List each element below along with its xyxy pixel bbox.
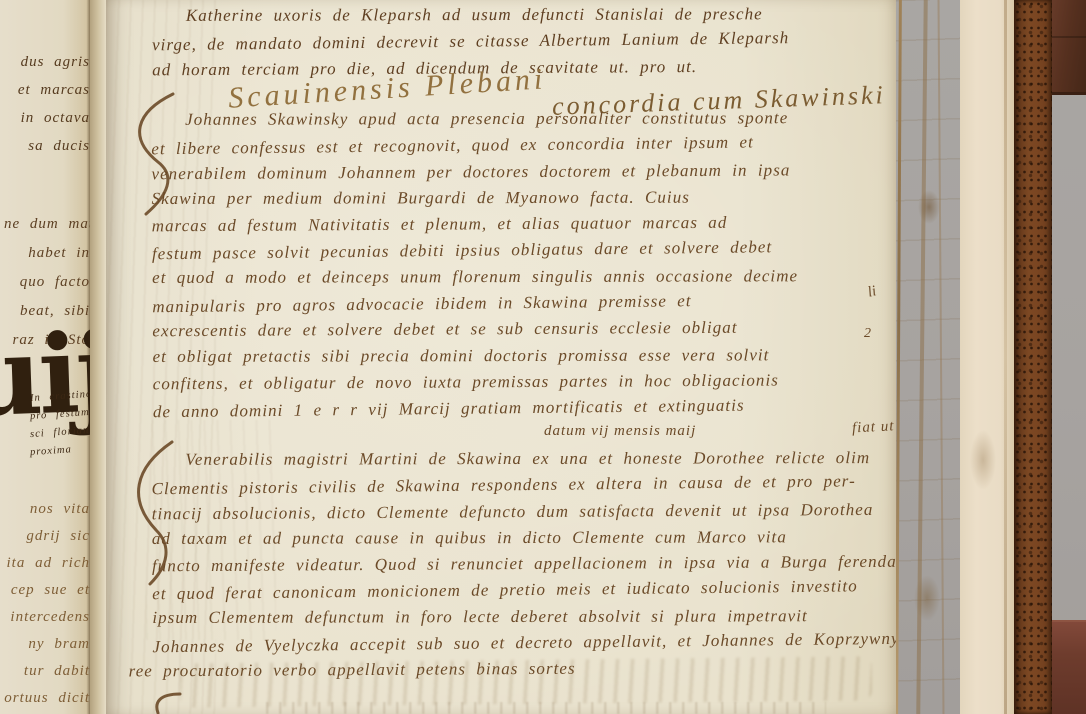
paper-stain: [970, 430, 996, 490]
dateline-note: fiat ut 6: [851, 415, 896, 440]
dateline: datum vij mensis maij: [544, 420, 696, 442]
manuscript-line: in octava: [21, 104, 90, 132]
paper-stain: [918, 190, 940, 224]
manuscript-line: et obligat pretactis sibi precia domini …: [153, 342, 896, 370]
fore-edge-pages-cream: [960, 0, 1014, 714]
right-margin-mark: 2: [864, 326, 871, 342]
manuscript-line: habet in: [28, 239, 90, 268]
left-page-bottom-fragments: nos vitagdrij sicita ad richcep sue etin…: [4, 496, 90, 712]
manuscript-line: cep sue et: [11, 577, 90, 604]
manuscript-line: dus agris: [21, 48, 90, 76]
cutoff-next-entry-top: [266, 702, 826, 714]
tooled-leather-spine-edge: [1014, 0, 1052, 714]
manuscript-line: intercedens: [10, 604, 90, 631]
book-cover-bottom-corner: [1050, 620, 1086, 714]
main-page: Katherine uxoris de Kleparsh ad usum def…: [106, 0, 896, 714]
gutter-shadow: [90, 0, 106, 714]
margin-note-line: proxima: [29, 440, 90, 462]
manuscript-line: ita ad rich: [7, 550, 91, 577]
paper-stain: [914, 575, 940, 621]
manuscript-line: ad taxam et ad puncta cause in quibus in…: [152, 524, 896, 552]
book-cover-top-corner: [1048, 0, 1086, 95]
manuscript-line: ne dum mat: [4, 210, 90, 239]
entry-1-text: Johannes Skawinsky apud acta presencia p…: [151, 104, 896, 424]
manuscript-photo: dus agriset marcasin octavasa ducis ne d…: [0, 0, 1086, 714]
manuscript-line: tur dabit: [24, 658, 90, 685]
manuscript-line: Skawina per medium domini Burgardi de My…: [152, 184, 896, 212]
ink-bleedthrough-band: [180, 656, 872, 707]
left-page-top-fragments: dus agriset marcasin octavasa ducis: [4, 48, 90, 160]
manuscript-line: nos vita: [30, 496, 90, 523]
manuscript-line: ortuus dicit: [4, 685, 90, 712]
fore-edge-pages-tan: [894, 0, 960, 714]
next-entry-initial-fragment: [150, 692, 190, 714]
manuscript-line: et marcas: [18, 76, 90, 104]
left-page-edge: dus agriset marcasin octavasa ducis ne d…: [0, 0, 90, 714]
manuscript-line: sa ducis: [28, 132, 90, 160]
manuscript-line: ny bram: [28, 631, 90, 658]
manuscript-line: quo facto: [20, 268, 90, 297]
margin-note: In crastinopro festumsci florianiproxima: [30, 388, 90, 460]
page-edge-streak: [1004, 0, 1007, 714]
manuscript-line: gdrij sic: [26, 523, 90, 550]
entry-2-text: Venerabilis magistri Martini de Skawina …: [151, 444, 896, 685]
